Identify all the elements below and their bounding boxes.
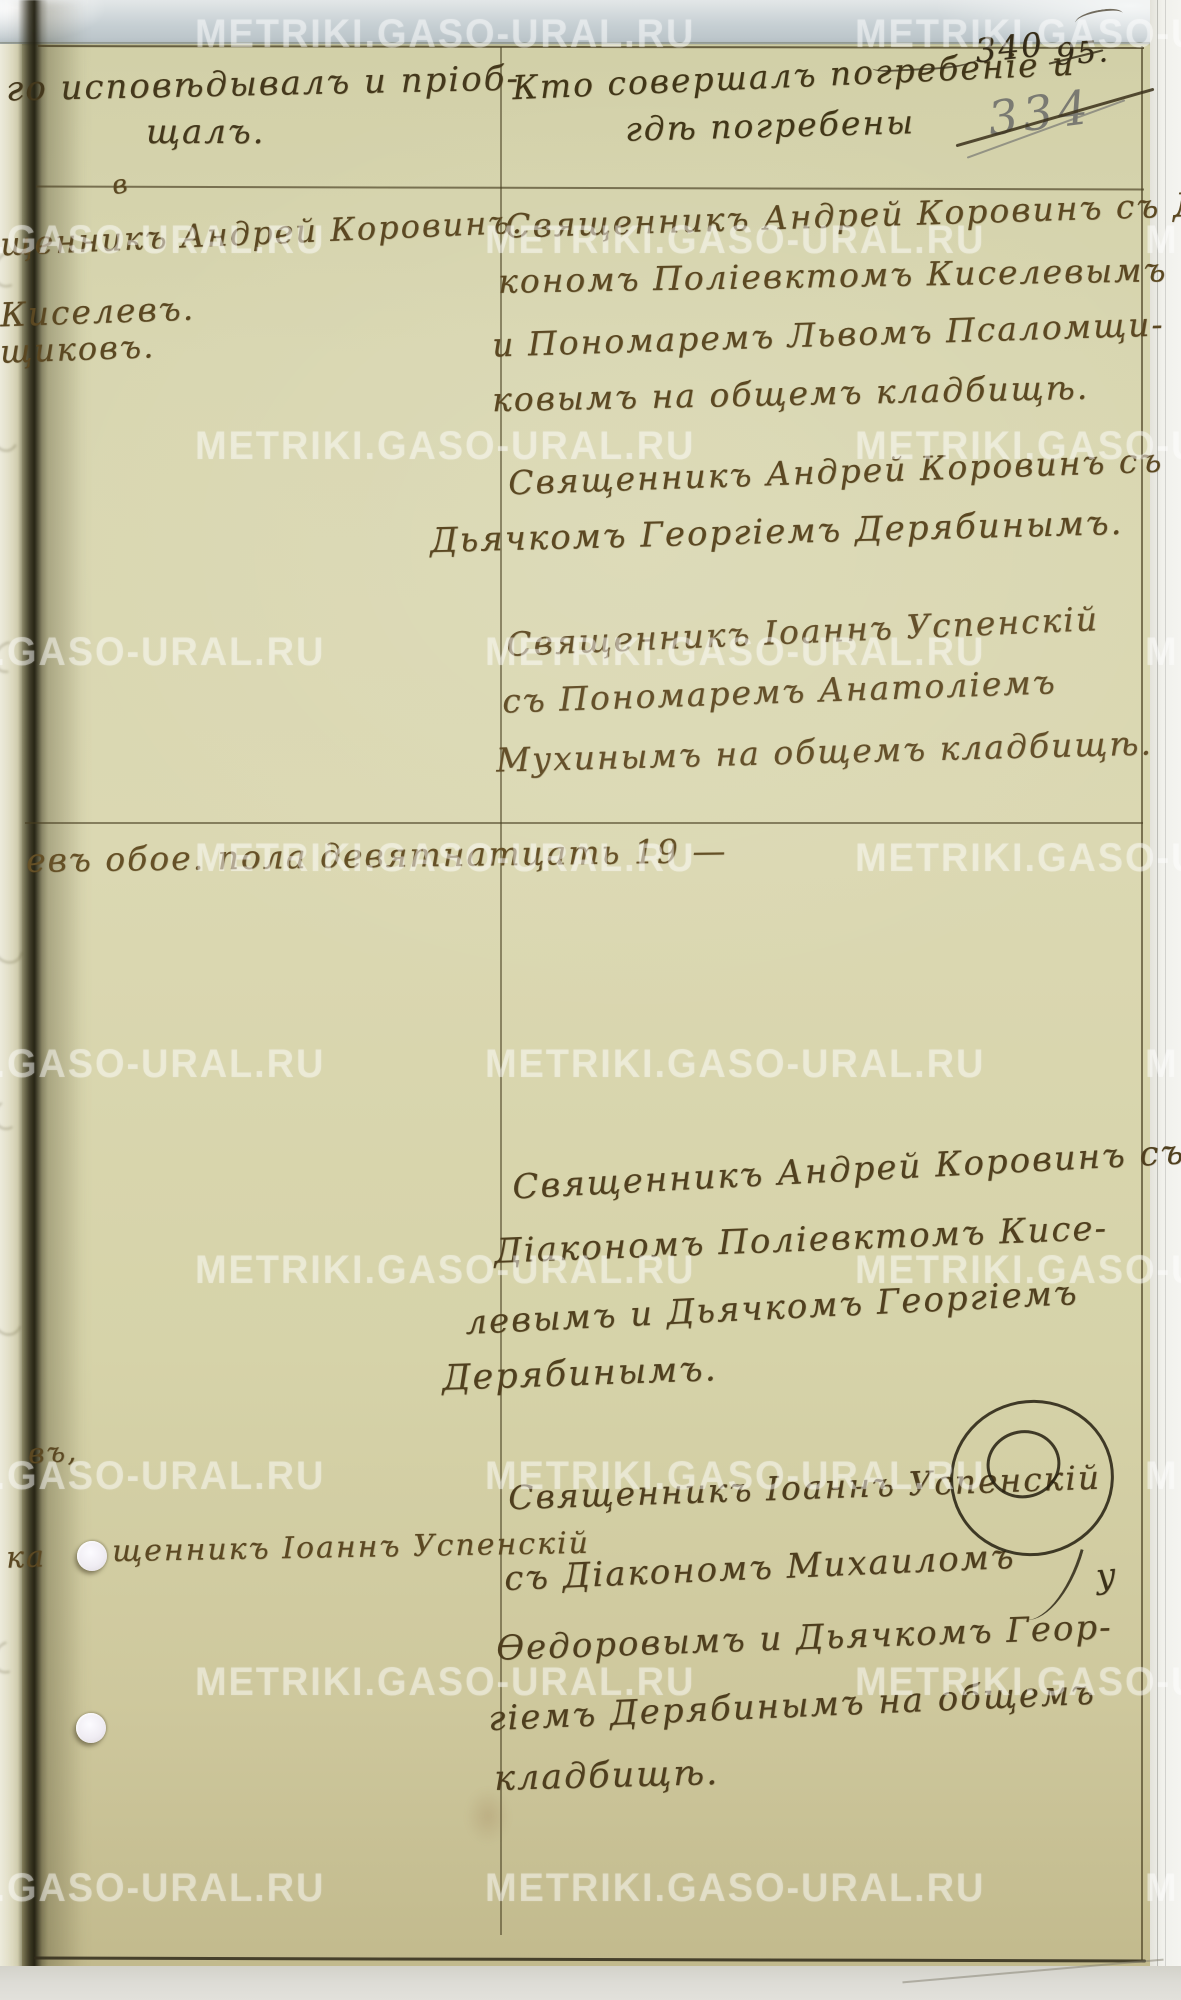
watermark-text: METRIKI.GASO-URAL.RU (195, 424, 695, 469)
watermark-text: METRIKI.GASO-URAL.RU (195, 836, 695, 881)
watermark-text: METRIKI.GASO-URAL.RU (1145, 218, 1181, 263)
watermark-text: METRIKI.GASO-URAL.RU (855, 836, 1181, 881)
watermark-text: METRIKI.GASO-URAL.RU (0, 1454, 325, 1499)
watermark-text: METRIKI.GASO-URAL.RU (0, 630, 325, 675)
watermark-text: METRIKI.GASO-URAL.RU (195, 1660, 695, 1705)
scanned-metric-book-page: го исповѣдывалъ и пріоб- щалъ. Кто совер… (0, 0, 1181, 2000)
burial-entry5-line5: кладбищѣ. (494, 1753, 720, 1799)
section-separator-line (25, 822, 1143, 824)
watermark-text: METRIKI.GASO-URAL.RU (1145, 1454, 1181, 1499)
left-entry1-ponomar: щиковъ. (0, 327, 156, 370)
watermark-text: METRIKI.GASO-URAL.RU (485, 218, 985, 263)
header-right-line2: гдѣ погребены (625, 102, 916, 149)
header-left-line2: щалъ. (146, 112, 265, 152)
watermark-text: METRIKI.GASO-URAL.RU (0, 218, 325, 263)
watermark-text: METRIKI.GASO-URAL.RU (485, 1454, 985, 1499)
watermark-text: METRIKI.GASO-URAL.RU (1145, 630, 1181, 675)
watermark-text: METRIKI.GASO-URAL.RU (855, 12, 1181, 57)
watermark-text: METRIKI.GASO-URAL.RU (0, 1866, 325, 1911)
watermark-text: METRIKI.GASO-URAL.RU (855, 1660, 1181, 1705)
watermark-text: METRIKI.GASO-URAL.RU (485, 630, 985, 675)
circled-pen-doodle-inner (981, 1424, 1066, 1504)
punch-hole (76, 1713, 106, 1743)
watermark-text: METRIKI.GASO-URAL.RU (1145, 1866, 1181, 1911)
left-entry1-deacon: Киселевъ. (0, 289, 196, 335)
scanner-background-bottom (0, 1966, 1181, 2000)
watermark-text: METRIKI.GASO-URAL.RU (855, 1248, 1181, 1293)
watermark-text: METRIKI.GASO-URAL.RU (485, 1042, 985, 1087)
watermark-text: METRIKI.GASO-URAL.RU (855, 424, 1181, 469)
watermark-text: METRIKI.GASO-URAL.RU (195, 1248, 695, 1293)
watermark-text: METRIKI.GASO-URAL.RU (1145, 1042, 1181, 1087)
punch-hole (77, 1541, 107, 1571)
watermark-text: METRIKI.GASO-URAL.RU (195, 12, 695, 57)
left-entry5-prefix: ка (5, 1539, 46, 1575)
watermark-text: METRIKI.GASO-URAL.RU (485, 1866, 985, 1911)
watermark-text: METRIKI.GASO-URAL.RU (0, 1042, 325, 1087)
doodle-mark: у (1094, 1555, 1119, 1597)
